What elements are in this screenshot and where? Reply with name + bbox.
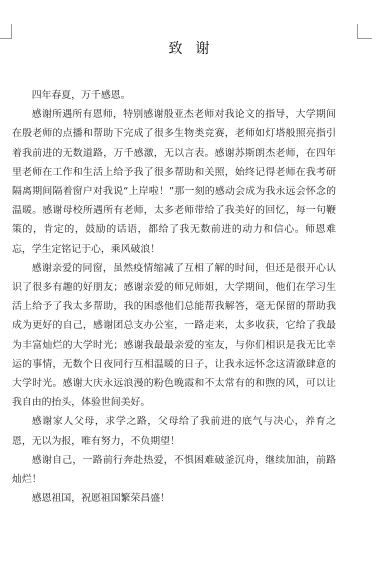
crop-mark-top-left [0,24,12,39]
paragraph-parents: 感谢家人父母，求学之路，父母给了我前进的底气与决心，养育之恩，无以为报，唯有努力… [12,412,336,450]
paragraph-teachers: 感谢所遇所有恩师，特别感谢殷亚杰老师对我论文的指导，大学期间在殷老师的点播和帮助… [12,105,336,259]
page-title: 致谢 [0,38,378,58]
acknowledgement-body: 四年春夏，万千感恩。 感谢所遇所有恩师，特别感谢殷亚杰老师对我论文的指导，大学期… [12,86,336,508]
paragraph-country: 感恩祖国，祝愿祖国繁荣昌盛！ [12,489,336,508]
paragraph-self: 感谢自己，一路前行奔赴热爱，不惧困难破釜沉舟，继续加油，前路灿烂！ [12,451,336,489]
paragraph-opening: 四年春夏，万千感恩。 [12,86,336,105]
document-page: 致谢 四年春夏，万千感恩。 感谢所遇所有恩师，特别感谢殷亚杰老师对我论文的指导，… [0,0,378,567]
paragraph-classmates: 感谢亲爱的同窗，虽然疫情缩减了互相了解的时间，但还是很开心认识了很多有趣的好朋友… [12,259,336,413]
crop-mark-top-right [357,24,372,39]
